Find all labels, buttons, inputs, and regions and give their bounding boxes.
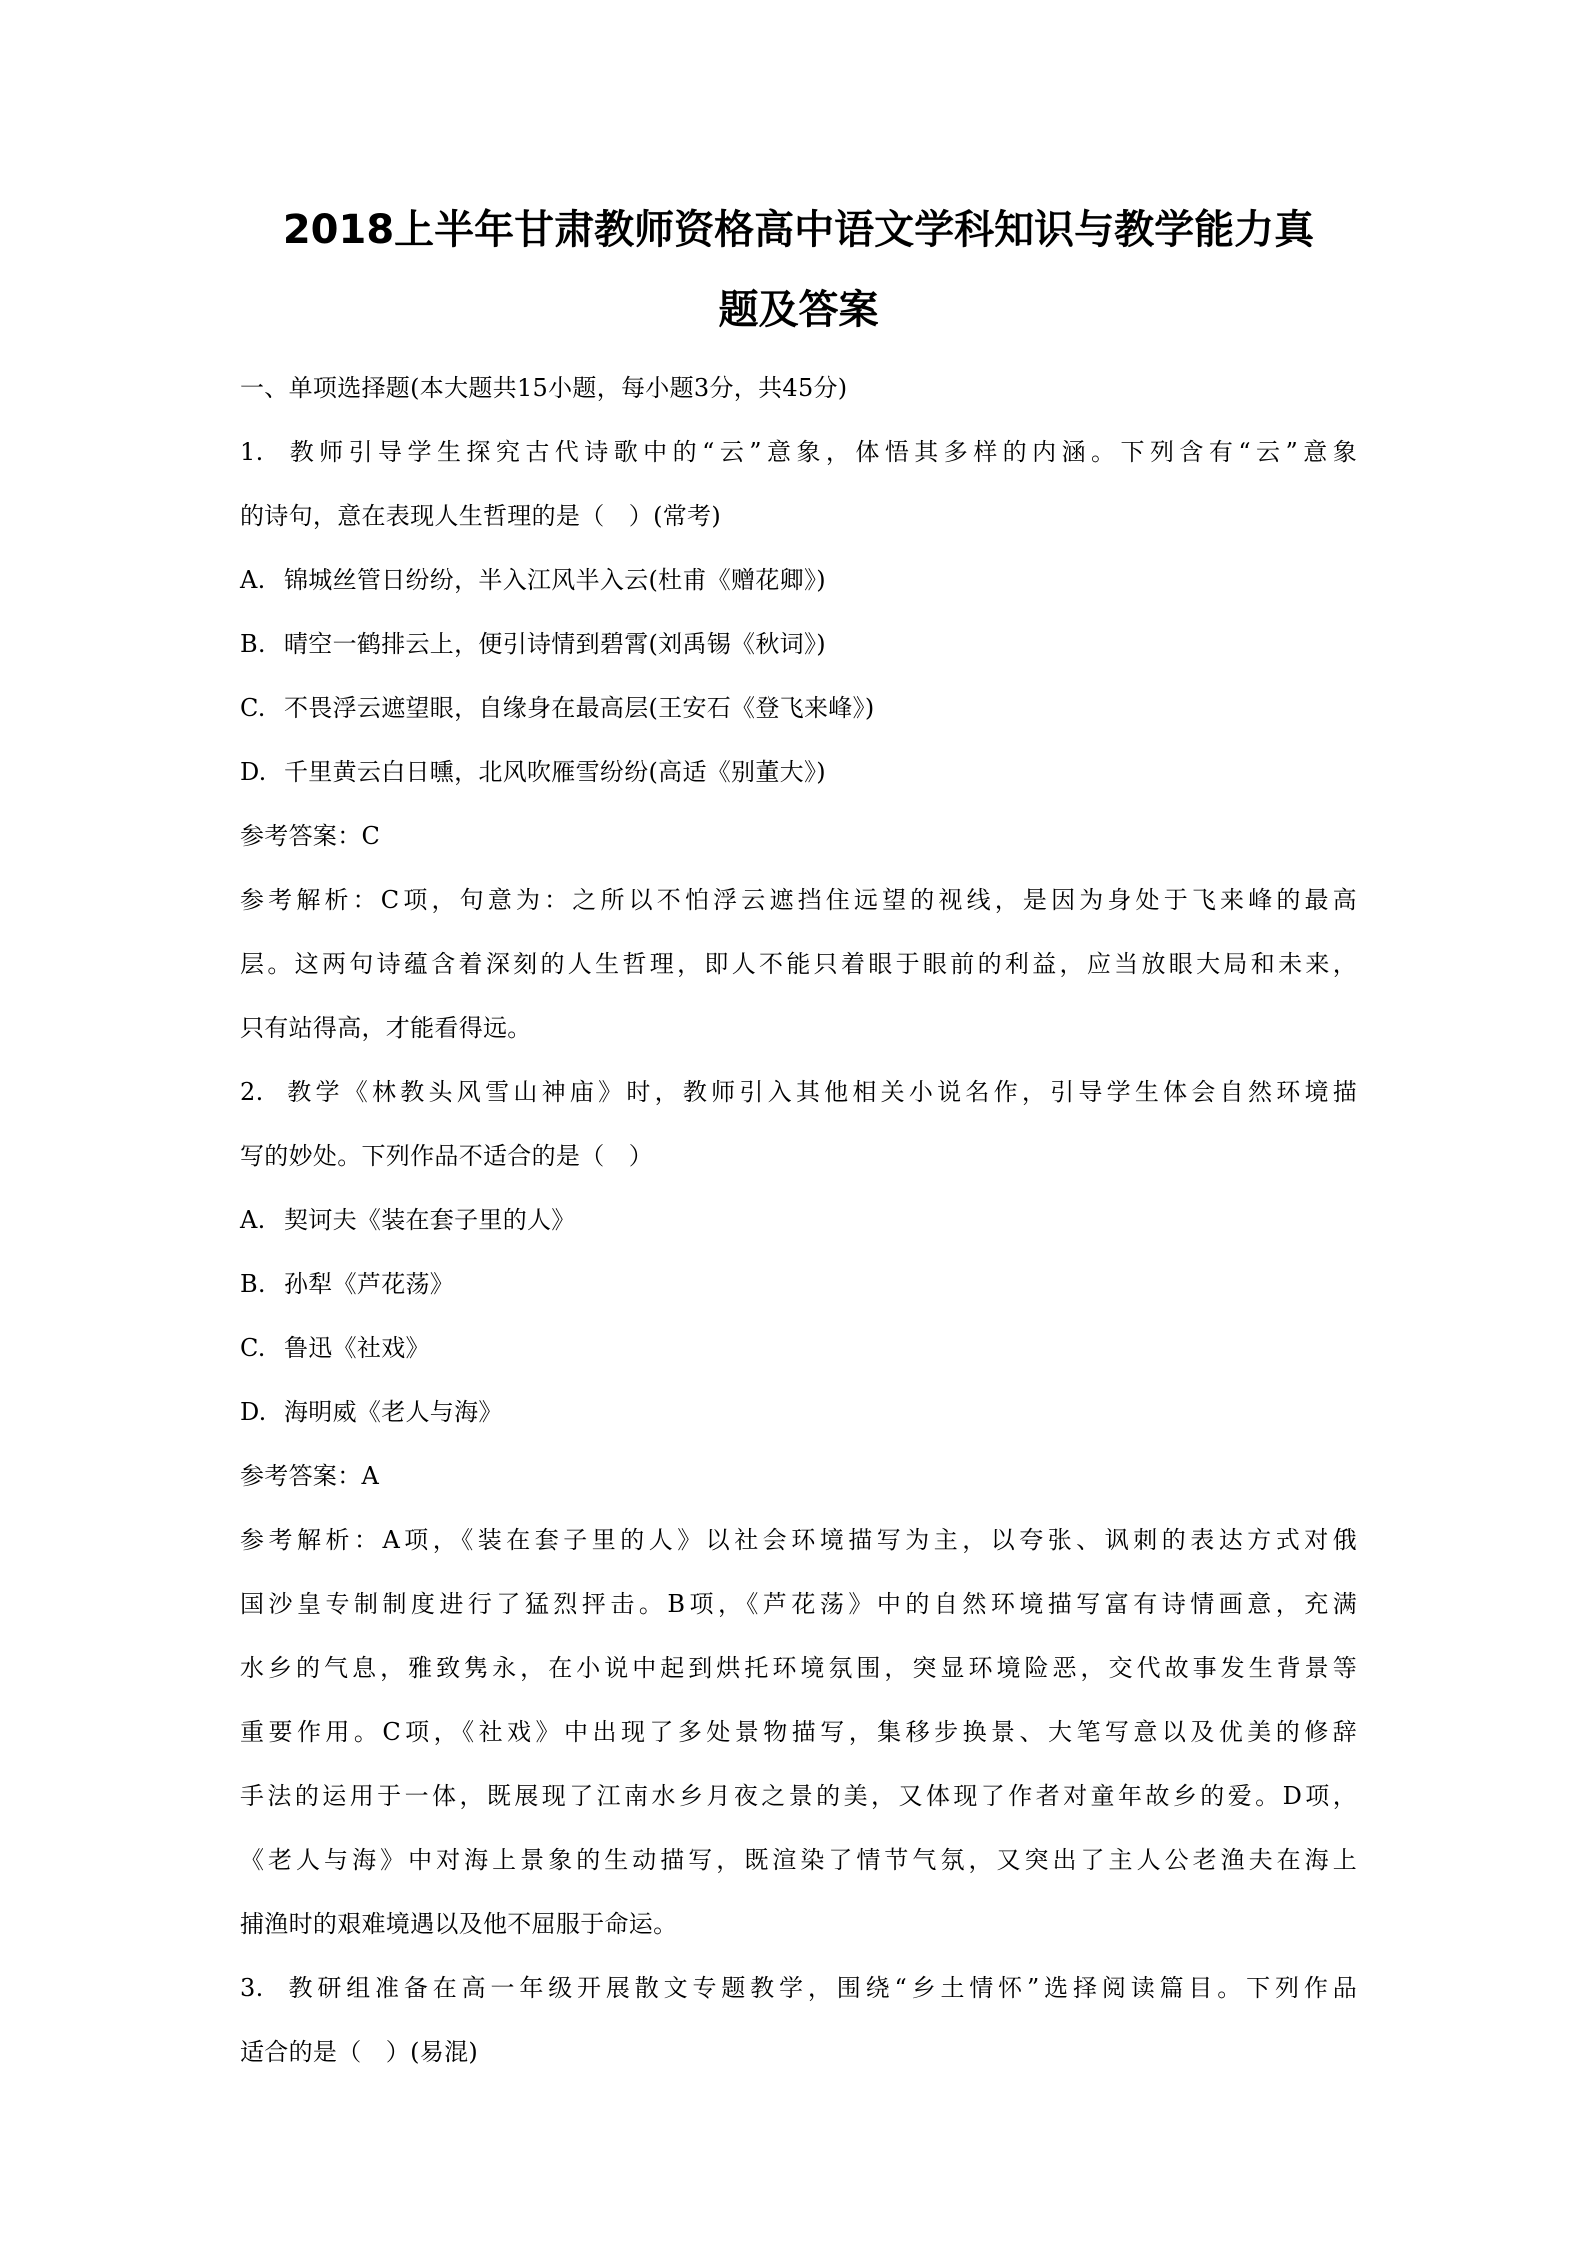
option-text: 鲁迅《社戏》 <box>284 1334 430 1362</box>
question-3-stem-line-2: 适合的是（ ）(易混) <box>240 2038 478 2066</box>
option-text: 千里黄云白日曛，北风吹雁雪纷纷(高适《别董大》) <box>284 758 826 786</box>
question-2-analysis-line-6: 《老人与海》中对海上景象的生动描写，既渲染了情节气氛，又突出了主人公老渔夫在海上 <box>240 1846 1357 1874</box>
question-2-analysis-line-7: 捕渔时的艰难境遇以及他不屈服于命运。 <box>240 1910 677 1938</box>
question-1-answer: 参考答案：C <box>240 822 380 850</box>
question-3-stem-line-1: 3. 教研组准备在高一年级开展散文专题教学，围绕“乡土情怀”选择阅读篇目。下列作… <box>240 1974 1357 2002</box>
option-label: B. <box>240 1270 284 1298</box>
question-number: 3. <box>240 1974 264 2002</box>
option-label: C. <box>240 694 284 722</box>
question-1-stem-line-2: 的诗句，意在表现人生哲理的是（ ）(常考) <box>240 502 721 530</box>
question-number: 2. <box>240 1078 264 1106</box>
option-label: D. <box>240 1398 284 1426</box>
question-2-analysis-line-1: 参考解析：A项，《装在套子里的人》以社会环境描写为主，以夸张、讽刺的表达方式对俄 <box>240 1526 1357 1554</box>
question-2-analysis-line-2: 国沙皇专制制度进行了猛烈抨击。B项，《芦花荡》中的自然环境描写富有诗情画意，充满 <box>240 1590 1357 1618</box>
question-2-option-c: C.鲁迅《社戏》 <box>240 1334 430 1362</box>
question-2-analysis-line-3: 水乡的气息，雅致隽永，在小说中起到烘托环境氛围，突显环境险恶，交代故事发生背景等 <box>240 1654 1357 1682</box>
question-2-option-d: D.海明威《老人与海》 <box>240 1398 503 1426</box>
question-2-answer: 参考答案：A <box>240 1462 379 1490</box>
option-text: 契诃夫《装在套子里的人》 <box>284 1206 576 1234</box>
question-1-option-c: C.不畏浮云遮望眼，自缘身在最高层(王安石《登飞来峰》) <box>240 694 875 722</box>
question-2-analysis-line-5: 手法的运用于一体，既展现了江南水乡月夜之景的美，又体现了作者对童年故乡的爱。D项… <box>240 1782 1357 1810</box>
question-1-option-a: A.锦城丝管日纷纷，半入江风半入云(杜甫《赠花卿》) <box>240 566 826 594</box>
option-label: B. <box>240 630 284 658</box>
option-label: A. <box>240 1206 284 1234</box>
question-1-analysis-line-3: 只有站得高，才能看得远。 <box>240 1014 532 1042</box>
question-2-stem-line-2: 写的妙处。下列作品不适合的是（ ） <box>240 1142 653 1170</box>
option-label: C. <box>240 1334 284 1362</box>
option-label: A. <box>240 566 284 594</box>
document-title-line-1: 2018上半年甘肃教师资格高中语文学科知识与教学能力真 <box>240 210 1357 250</box>
question-1-analysis-line-1: 参考解析：C项，句意为：之所以不怕浮云遮挡住远望的视线，是因为身处于飞来峰的最高 <box>240 886 1357 914</box>
option-text: 锦城丝管日纷纷，半入江风半入云(杜甫《赠花卿》) <box>284 566 826 594</box>
question-2-option-a: A.契诃夫《装在套子里的人》 <box>240 1206 576 1234</box>
question-1-option-b: B.晴空一鹤排云上，便引诗情到碧霄(刘禹锡《秋词》) <box>240 630 826 658</box>
question-1-option-d: D.千里黄云白日曛，北风吹雁雪纷纷(高适《别董大》) <box>240 758 826 786</box>
document-title-line-2: 题及答案 <box>240 290 1357 330</box>
question-2-stem-line-1: 2. 教学《林教头风雪山神庙》时，教师引入其他相关小说名作，引导学生体会自然环境… <box>240 1078 1357 1106</box>
question-2-option-b: B.孙犁《芦花荡》 <box>240 1270 454 1298</box>
question-1-analysis-line-2: 层。这两句诗蕴含着深刻的人生哲理，即人不能只着眼于眼前的利益，应当放眼大局和未来… <box>240 950 1357 978</box>
option-text: 孙犁《芦花荡》 <box>284 1270 454 1298</box>
option-text: 不畏浮云遮望眼，自缘身在最高层(王安石《登飞来峰》) <box>284 694 875 722</box>
question-number: 1. <box>240 438 264 466</box>
question-2-analysis-line-4: 重要作用。C项，《社戏》中出现了多处景物描写，集移步换景、大笔写意以及优美的修辞 <box>240 1718 1357 1746</box>
section-heading: 一、单项选择题(本大题共15小题，每小题3分，共45分) <box>240 374 847 402</box>
option-text: 海明威《老人与海》 <box>284 1398 503 1426</box>
option-text: 晴空一鹤排云上，便引诗情到碧霄(刘禹锡《秋词》) <box>284 630 826 658</box>
question-1-stem-line-1: 1. 教师引导学生探究古代诗歌中的“云”意象，体悟其多样的内涵。下列含有“云”意… <box>240 438 1357 466</box>
option-label: D. <box>240 758 284 786</box>
